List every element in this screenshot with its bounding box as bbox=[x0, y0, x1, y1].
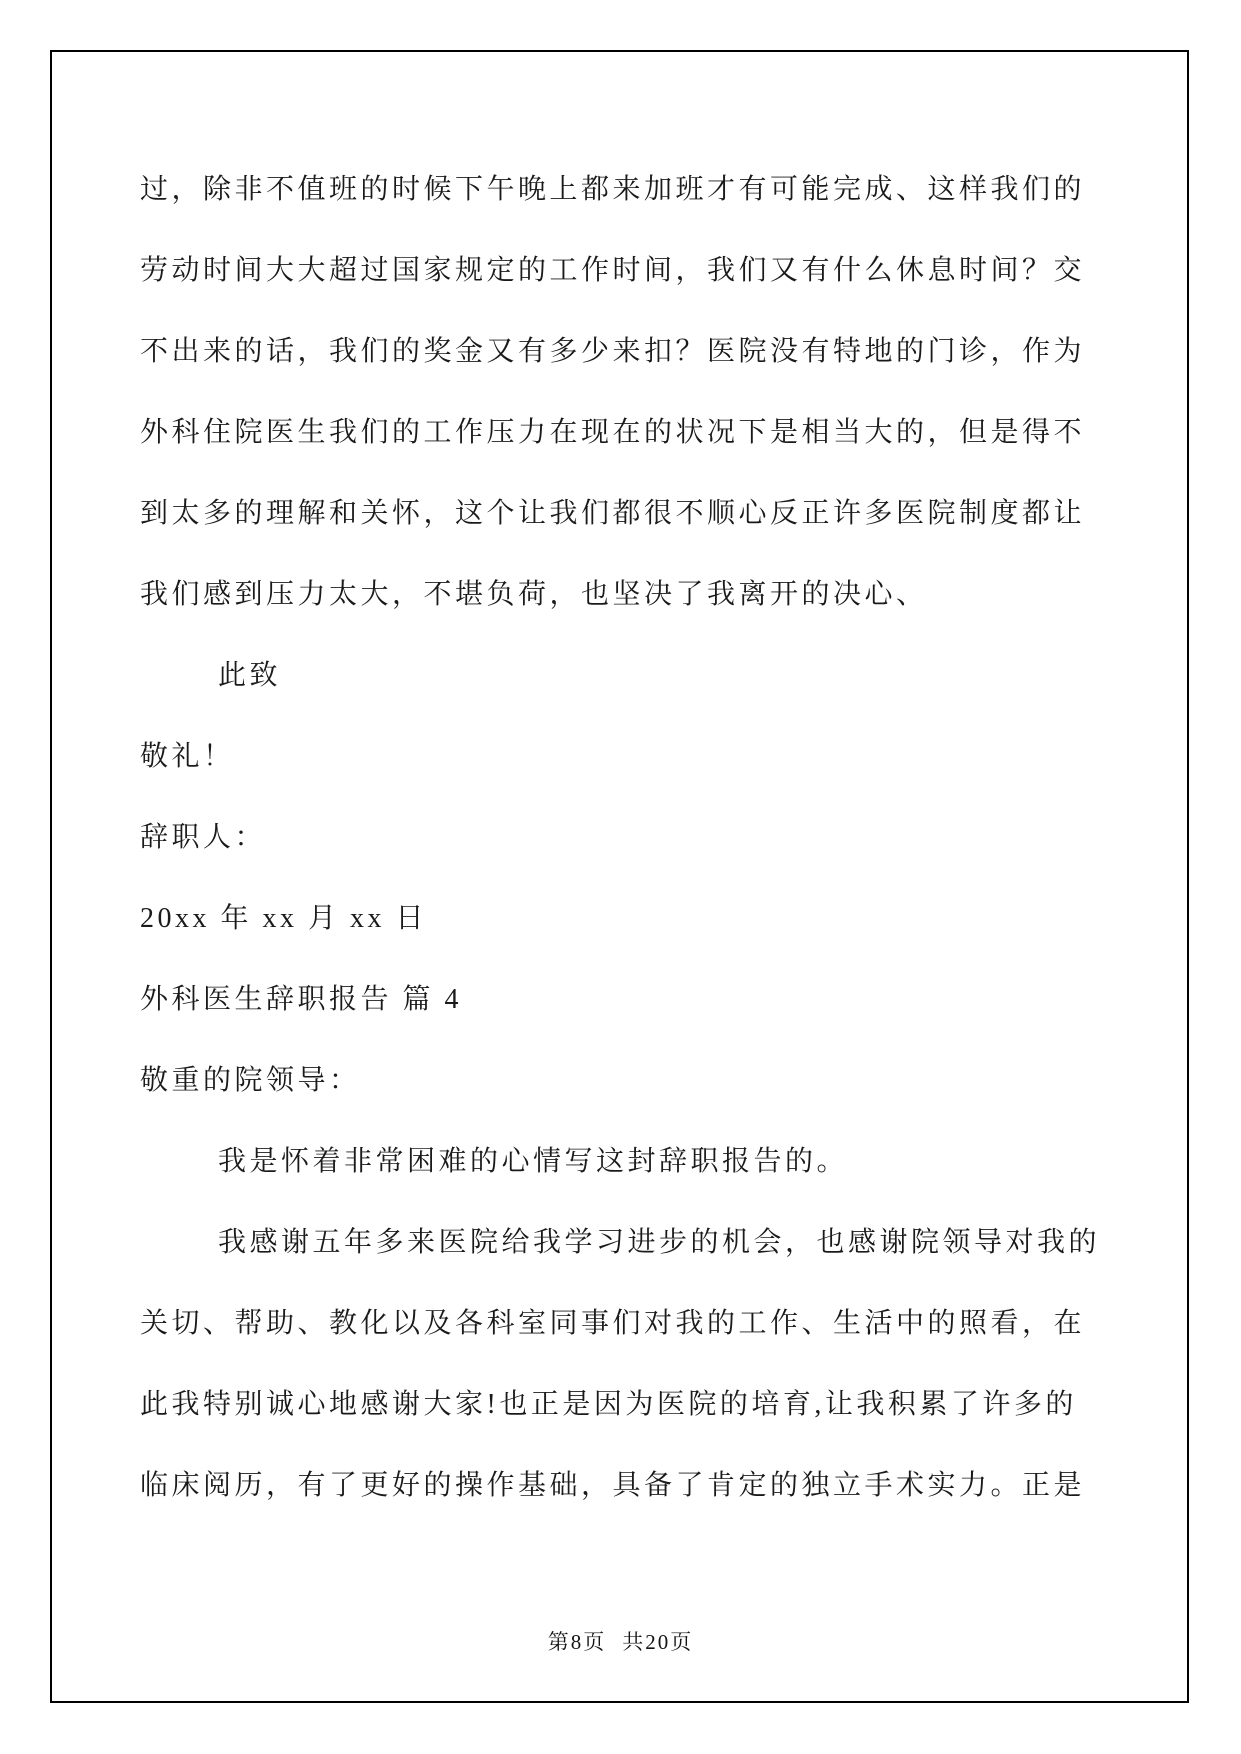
document-body: 过，除非不值班的时候下午晚上都来加班才有可能完成、这样我们的 劳动时间大大超过国… bbox=[140, 149, 1086, 1526]
page-footer: 第8页共20页 bbox=[0, 1626, 1241, 1656]
salutation-line: 敬重的院领导： bbox=[140, 1040, 1086, 1121]
text-line: 外科住院医生我们的工作压力在现在的状况下是相当大的，但是得不 bbox=[140, 392, 1086, 473]
text-line: 到太多的理解和关怀，这个让我们都很不顺心反正许多医院制度都让 bbox=[140, 473, 1086, 554]
signature-label-line: 辞职人： bbox=[140, 797, 1086, 878]
text-line: 不出来的话，我们的奖金又有多少来扣？医院没有特地的门诊，作为 bbox=[140, 311, 1086, 392]
date-line: 20xx 年 xx 月 xx 日 bbox=[140, 878, 1086, 959]
text-line: 劳动时间大大超过国家规定的工作时间，我们又有什么休息时间？交 bbox=[140, 230, 1086, 311]
document-page: 过，除非不值班的时候下午晚上都来加班才有可能完成、这样我们的 劳动时间大大超过国… bbox=[0, 0, 1241, 1754]
text-line: 我是怀着非常困难的心情写这封辞职报告的。 bbox=[140, 1121, 1086, 1202]
page-number-label: 第8页 bbox=[548, 1630, 607, 1654]
text-line: 临床阅历，有了更好的操作基础，具备了肯定的独立手术实力。正是 bbox=[140, 1445, 1086, 1526]
page-total-label: 共20页 bbox=[622, 1630, 693, 1654]
text-line: 关切、帮助、教化以及各科室同事们对我的工作、生活中的照看，在 bbox=[140, 1283, 1086, 1364]
closing-salutation-line: 此致 bbox=[140, 635, 1086, 716]
section-title-line: 外科医生辞职报告 篇 4 bbox=[140, 959, 1086, 1040]
text-line: 过，除非不值班的时候下午晚上都来加班才有可能完成、这样我们的 bbox=[140, 149, 1086, 230]
text-line: 我们感到压力太大，不堪负荷，也坚决了我离开的决心、 bbox=[140, 554, 1086, 635]
closing-regards-line: 敬礼！ bbox=[140, 716, 1086, 797]
text-line: 我感谢五年多来医院给我学习进步的机会，也感谢院领导对我的 bbox=[140, 1202, 1086, 1283]
text-line: 此我特别诚心地感谢大家!也正是因为医院的培育,让我积累了许多的 bbox=[140, 1364, 1086, 1445]
